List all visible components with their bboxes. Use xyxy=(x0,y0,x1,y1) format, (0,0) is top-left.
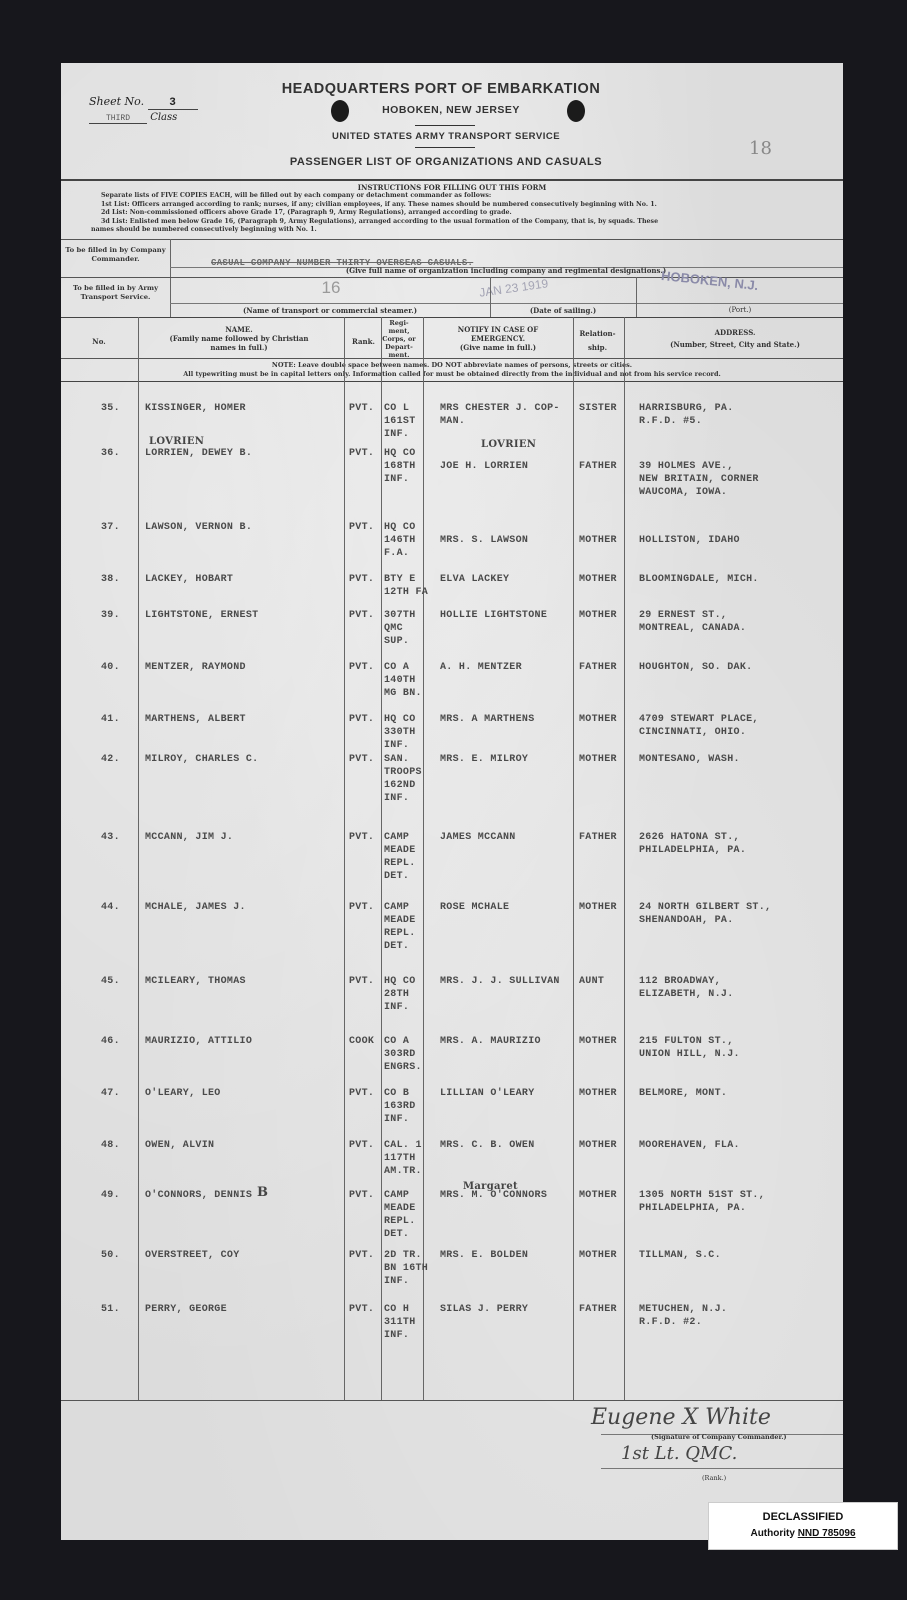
row-number: 47. xyxy=(101,1087,136,1100)
emergency-contact: ELVA LACKEY xyxy=(440,573,600,586)
passenger-name: O'LEARY, LEO xyxy=(145,1087,350,1100)
address: 112 BROADWAY, ELIZABETH, N.J. xyxy=(639,975,839,1001)
address: MONTESANO, WASH. xyxy=(639,753,839,766)
passenger-regiment: CAL. 1 117TH AM.TR. xyxy=(384,1139,429,1178)
port-caption: (Port.) xyxy=(637,306,843,314)
column-header-rank: Rank. xyxy=(346,337,381,346)
passenger-name: PERRY, GEORGE xyxy=(145,1303,350,1316)
row-number: 39. xyxy=(101,609,136,622)
divider xyxy=(170,303,843,304)
row-number: 45. xyxy=(101,975,136,988)
column-header-name: NAME. (Family name followed by Christian… xyxy=(139,325,339,352)
emergency-contact: LILLIAN O'LEARY xyxy=(440,1087,600,1100)
relationship: MOTHER xyxy=(579,753,634,766)
passenger-name: MCHALE, JAMES J. xyxy=(145,901,350,914)
punch-hole-left-icon xyxy=(331,100,349,122)
document-location: HOBOKEN, NEW JERSEY xyxy=(351,104,551,116)
authority-label: Authority xyxy=(750,1528,794,1539)
passenger-regiment: CAMP MEADE REPL. DET. xyxy=(384,1189,429,1241)
column-header-address: ADDRESS. (Number, Street, City and State… xyxy=(627,327,843,351)
passenger-rank: PVT. xyxy=(349,1139,384,1152)
emergency-contact: MRS. A MARTHENS xyxy=(440,713,600,726)
passenger-name: MAURIZIO, ATTILIO xyxy=(145,1035,350,1048)
service-name: UNITED STATES ARMY TRANSPORT SERVICE xyxy=(261,131,631,142)
relationship: MOTHER xyxy=(579,1249,634,1262)
commander-signature: Eugene X White xyxy=(591,1405,771,1430)
company-commander-label: To be filled in by Company Commander. xyxy=(63,246,168,264)
address: MOOREHAVEN, FLA. xyxy=(639,1139,839,1152)
passenger-name: LIGHTSTONE, ERNEST xyxy=(145,609,350,622)
class-field: THIRD Class xyxy=(89,112,177,124)
column-header-notify: NOTIFY IN CASE OF EMERGENCY. (Give name … xyxy=(423,325,573,352)
passenger-rank: PVT. xyxy=(349,831,384,844)
name-subtitle: (Family name followed by Christian names… xyxy=(139,334,339,352)
row-number: 43. xyxy=(101,831,136,844)
passenger-name: OWEN, ALVIN xyxy=(145,1139,350,1152)
address: 39 HOLMES AVE., NEW BRITAIN, CORNER WAUC… xyxy=(639,447,839,499)
row-number: 37. xyxy=(101,521,136,534)
relationship: MOTHER xyxy=(579,1139,634,1152)
passenger-regiment: CO L 161ST INF. xyxy=(384,402,429,441)
sheet-number: 3 xyxy=(148,97,198,110)
class-label: Class xyxy=(150,112,177,123)
row-number: 41. xyxy=(101,713,136,726)
row-number: 38. xyxy=(101,573,136,586)
row-number: 36. xyxy=(101,447,136,460)
passenger-name: OVERSTREET, COY xyxy=(145,1249,350,1262)
relationship: MOTHER xyxy=(579,901,634,914)
column-divider xyxy=(344,317,345,1400)
row-number: 49. xyxy=(101,1189,136,1202)
divider xyxy=(61,317,843,318)
instructions-body: Separate lists of FIVE COPIES EACH, will… xyxy=(101,192,841,235)
transport-service-label: To be filled in by Army Transport Servic… xyxy=(63,284,168,302)
relationship: SISTER xyxy=(579,402,634,415)
instruction-line: names should be numbered consecutively b… xyxy=(91,226,841,235)
passenger-rank: PVT. xyxy=(349,1303,384,1316)
passenger-name: O'CONNORS, DENNIS xyxy=(145,1189,350,1202)
passenger-rank: PVT. xyxy=(349,447,384,460)
row-number: 46. xyxy=(101,1035,136,1048)
passenger-rank: PVT. xyxy=(349,975,384,988)
emergency-contact: MRS. S. LAWSON xyxy=(440,521,600,547)
typing-note: NOTE: Leave double space between names. … xyxy=(61,361,843,379)
passenger-name: LORRIEN, DEWEY B. xyxy=(145,447,350,460)
passenger-regiment: CO B 163RD INF. xyxy=(384,1087,429,1126)
sheet-label: Sheet No. xyxy=(89,95,144,108)
transport-caption: (Name of transport or commercial steamer… xyxy=(171,306,489,315)
divider xyxy=(61,358,843,359)
emergency-contact: MRS. J. J. SULLIVAN xyxy=(440,975,600,988)
passenger-regiment: CO H 311TH INF. xyxy=(384,1303,429,1342)
authority-value: NND 785096 xyxy=(798,1528,856,1539)
passenger-list-document: Sheet No. 3 THIRD Class HEADQUARTERS POR… xyxy=(61,63,843,1540)
organization-caption: (Give full name of organization includin… xyxy=(171,266,841,275)
instruction-line: 1st List: Officers arranged according to… xyxy=(101,201,841,210)
passenger-rank: PVT. xyxy=(349,1087,384,1100)
row-number: 44. xyxy=(101,901,136,914)
row-number: 42. xyxy=(101,753,136,766)
handwritten-name-correction: B xyxy=(257,1186,268,1199)
address: 2626 HATONA ST., PHILADELPHIA, PA. xyxy=(639,831,839,857)
declassified-stamp: DECLASSIFIED Authority NND 785096 xyxy=(708,1502,898,1550)
passenger-name: MARTHENS, ALBERT xyxy=(145,713,350,726)
emergency-contact: A. H. MENTZER xyxy=(440,661,600,674)
row-number: 35. xyxy=(101,402,136,415)
address: HARRISBURG, PA. R.F.D. #5. xyxy=(639,402,839,428)
passenger-regiment: HQ CO 28TH INF. xyxy=(384,975,429,1014)
authority-line: Authority NND 785096 xyxy=(709,1528,897,1539)
note-line: NOTE: Leave double space between names. … xyxy=(61,361,843,370)
address: 215 FULTON ST., UNION HILL, N.J. xyxy=(639,1035,839,1061)
emergency-contact: MRS. C. B. OWEN xyxy=(440,1139,600,1152)
column-divider xyxy=(381,317,382,1400)
passenger-regiment: BTY E 12TH FA xyxy=(384,573,429,599)
handwritten-name-correction: LOVRIEN xyxy=(149,435,204,448)
page-stamp: 18 xyxy=(749,138,772,159)
column-divider xyxy=(624,317,625,1400)
address-title: ADDRESS. xyxy=(627,327,843,339)
passenger-name: LACKEY, HOBART xyxy=(145,573,350,586)
emergency-contact: HOLLIE LIGHTSTONE xyxy=(440,609,600,622)
passenger-regiment: 307TH QMC SUP. xyxy=(384,609,429,648)
handwritten-contact-correction: Margaret xyxy=(463,1180,518,1193)
address: BLOOMINGDALE, MICH. xyxy=(639,573,839,586)
name-title: NAME. xyxy=(139,325,339,334)
emergency-contact: MRS. E. BOLDEN xyxy=(440,1249,600,1262)
passenger-rank: PVT. xyxy=(349,713,384,726)
row-number: 51. xyxy=(101,1303,136,1316)
relationship: MOTHER xyxy=(579,573,634,586)
relationship: AUNT xyxy=(579,975,634,988)
emergency-contact: JAMES MCCANN xyxy=(440,831,600,844)
sailing-date-caption: (Date of sailing.) xyxy=(491,306,635,315)
passenger-regiment: HQ CO 330TH INF. xyxy=(384,713,429,752)
passenger-name: LAWSON, VERNON B. xyxy=(145,521,350,534)
column-header-regiment: Regi- ment, Corps, or Depart- ment. xyxy=(382,319,416,359)
emergency-contact: MRS. A. MAURIZIO xyxy=(440,1035,600,1048)
document-title: HEADQUARTERS PORT OF EMBARKATION xyxy=(241,81,641,97)
passenger-regiment: CO A 140TH MG BN. xyxy=(384,661,429,700)
relationship: MOTHER xyxy=(579,713,634,726)
emergency-contact: SILAS J. PERRY xyxy=(440,1303,600,1316)
row-number: 48. xyxy=(101,1139,136,1152)
passenger-rank: PVT. xyxy=(349,661,384,674)
commander-rank: 1st Lt. QMC. xyxy=(621,1443,737,1464)
passenger-rank: PVT. xyxy=(349,402,384,415)
address: METUCHEN, N.J. R.F.D. #2. xyxy=(639,1303,839,1329)
relationship: MOTHER xyxy=(579,1035,634,1048)
divider xyxy=(415,125,475,126)
row-number: 40. xyxy=(101,661,136,674)
declassified-label: DECLASSIFIED xyxy=(709,1511,897,1523)
note-line: All typewriting must be in capital lette… xyxy=(61,370,843,379)
passenger-rank: COOK xyxy=(349,1035,384,1048)
column-header-no: No. xyxy=(61,337,137,346)
passenger-rank: PVT. xyxy=(349,1249,384,1262)
passenger-name: MENTZER, RAYMOND xyxy=(145,661,350,674)
passenger-rank: PVT. xyxy=(349,573,384,586)
handwritten-contact-correction: LOVRIEN xyxy=(481,438,536,451)
passenger-rank: PVT. xyxy=(349,901,384,914)
instruction-line: 3d List: Enlisted men below Grade 16, (P… xyxy=(101,218,841,227)
address: HOUGHTON, SO. DAK. xyxy=(639,661,839,674)
address: 24 NORTH GILBERT ST., SHENANDOAH, PA. xyxy=(639,901,839,927)
transport-value: 16 xyxy=(171,278,491,298)
passenger-name: MILROY, CHARLES C. xyxy=(145,753,350,766)
notify-subtitle: (Give name in full.) xyxy=(423,343,573,352)
divider xyxy=(61,381,843,382)
relationship: MOTHER xyxy=(579,1189,634,1202)
divider xyxy=(61,1400,843,1401)
divider xyxy=(61,239,843,240)
passenger-rank: PVT. xyxy=(349,609,384,622)
divider xyxy=(61,179,843,181)
instruction-line: Separate lists of FIVE COPIES EACH, will… xyxy=(101,192,841,201)
row-number: 50. xyxy=(101,1249,136,1262)
column-divider xyxy=(573,317,574,1400)
passenger-name: KISSINGER, HOMER xyxy=(145,402,350,415)
address: BELMORE, MONT. xyxy=(639,1087,839,1100)
passenger-regiment: HQ CO 168TH INF. xyxy=(384,447,429,486)
instruction-line: 2d List: Non-commissioned officers above… xyxy=(101,209,841,218)
relationship: MOTHER xyxy=(579,609,634,622)
relationship: FATHER xyxy=(579,1303,634,1316)
relationship: FATHER xyxy=(579,447,634,473)
passenger-regiment: 2D TR. BN 16TH INF. xyxy=(384,1249,429,1288)
passenger-regiment: CAMP MEADE REPL. DET. xyxy=(384,901,429,953)
passenger-regiment: CAMP MEADE REPL. DET. xyxy=(384,831,429,883)
passenger-regiment: SAN. TROOPS 162ND INF. xyxy=(384,753,429,805)
address-subtitle: (Number, Street, City and State.) xyxy=(627,339,843,351)
emergency-contact: MRS. E. MILROY xyxy=(440,753,600,766)
passenger-rank: PVT. xyxy=(349,753,384,766)
column-header-relationship: Relation- ship. xyxy=(575,327,620,355)
relationship: MOTHER xyxy=(579,521,634,547)
address: HOLLISTON, IDAHO xyxy=(639,521,839,547)
relationship: MOTHER xyxy=(579,1087,634,1100)
column-divider xyxy=(138,317,139,1400)
relationship: FATHER xyxy=(579,661,634,674)
rank-line xyxy=(601,1468,843,1469)
notify-title: NOTIFY IN CASE OF EMERGENCY. xyxy=(423,325,573,343)
passenger-regiment: CO A 303RD ENGRS. xyxy=(384,1035,429,1074)
divider xyxy=(415,147,475,148)
address: 1305 NORTH 51ST ST., PHILADELPHIA, PA. xyxy=(639,1189,839,1215)
punch-hole-right-icon xyxy=(567,100,585,122)
signature-caption: (Signature of Company Commander.) xyxy=(651,1433,787,1441)
class-value: THIRD xyxy=(89,114,147,124)
rank-caption: (Rank.) xyxy=(702,1474,726,1482)
passenger-rank: PVT. xyxy=(349,1189,384,1202)
instructions-heading: INSTRUCTIONS FOR FILLING OUT THIS FORM xyxy=(61,183,843,192)
address: TILLMAN, S.C. xyxy=(639,1249,839,1262)
document-subtitle: PASSENGER LIST OF ORGANIZATIONS AND CASU… xyxy=(241,156,651,168)
relationship: FATHER xyxy=(579,831,634,844)
passenger-name: MCILEARY, THOMAS xyxy=(145,975,350,988)
address: 29 ERNEST ST., MONTREAL, CANADA. xyxy=(639,609,839,635)
passenger-rank: PVT. xyxy=(349,521,384,534)
emergency-contact: ROSE MCHALE xyxy=(440,901,600,914)
passenger-regiment: HQ CO 146TH F.A. xyxy=(384,521,429,560)
sheet-number-field: Sheet No. 3 xyxy=(89,95,198,110)
passenger-name: MCCANN, JIM J. xyxy=(145,831,350,844)
emergency-contact: MRS CHESTER J. COP- MAN. xyxy=(440,402,600,428)
address: 4709 STEWART PLACE, CINCINNATI, OHIO. xyxy=(639,713,839,739)
